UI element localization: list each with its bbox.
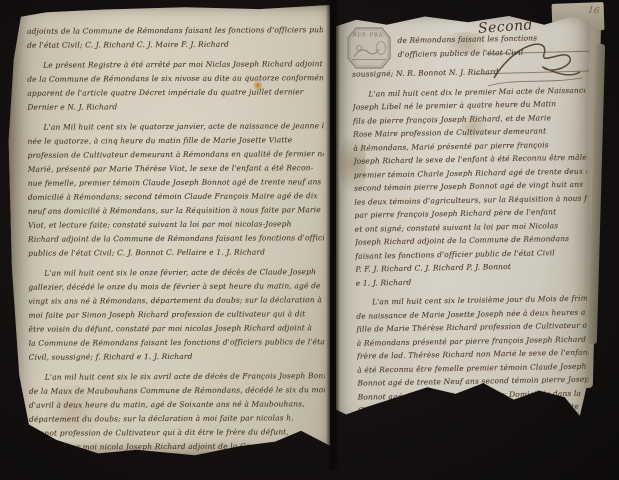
manuscript-line: publics de l'état Civil; C. J. Bonnot C.… — [28, 245, 324, 261]
manuscript-line: Commune de Rémondans sur la Réquisition … — [358, 400, 590, 418]
manuscript-line: de l'état Civil; C. J. Richard C. J. Mai… — [27, 37, 323, 53]
manuscript-line: Marié, présenté par Marie Thérèse Viot, … — [28, 161, 324, 177]
manuscript-line: de la Commune de Rémondans le six nivose… — [27, 71, 323, 87]
manuscript-line: apparent de l'article quatre Décret impé… — [27, 85, 323, 101]
right-page: REP. FRA. Second de Rémondans faisant le… — [336, 14, 590, 426]
manuscript-line: département du doubs; sur la déclaration… — [29, 411, 325, 427]
signature-flourish-icon — [486, 34, 586, 92]
manuscript-line: d'avril à deux heure du matin, agé de So… — [29, 397, 325, 413]
manuscript-line: Le présent Registre à été arrêté par moi… — [27, 57, 323, 73]
manuscript-paragraph: L'an mil huit cent six le onze février, … — [28, 265, 325, 365]
manuscript-line: moi faite par Simon Joseph Richard profe… — [28, 307, 324, 323]
folio-number-mark: 16 — [587, 5, 600, 16]
stamp-text: REP. FRA. — [353, 33, 385, 39]
manuscript-line: domicilié à Rémondans; second témoin Cla… — [28, 189, 324, 205]
manuscript-paragraph: L'an mil huit cent six le troisième jour… — [356, 292, 590, 418]
manuscript-line: gallezier, décédé le onze du mois de fév… — [28, 279, 324, 295]
book-spine-shadow — [326, 0, 340, 470]
manuscript-line: la Commune de Rémondans faisant les fonc… — [29, 335, 325, 351]
manuscript-line: adjoints de la Commune de Rémondans fais… — [27, 23, 323, 39]
manuscript-paragraph: L'an Mil huit cent six le quatorze janvi… — [27, 119, 324, 261]
manuscript-line: L'an mil huit cent six le onze février, … — [28, 265, 324, 281]
manuscript-line: nue femelle, premier témoin Claude Josep… — [28, 175, 324, 191]
manuscript-line: L'an Mil huit cent six le quatorze janvi… — [27, 119, 323, 135]
scanned-register-photo: 16 adjoints de la Commune de Rémondans f… — [0, 0, 619, 480]
manuscript-paragraph: L'an mil huit cent six le six avril acte… — [29, 369, 325, 455]
left-page-text: adjoints de la Commune de Rémondans fais… — [8, 5, 330, 455]
manuscript-line: neuf ans domicilié à Rémondans, sur la R… — [28, 203, 324, 219]
manuscript-paragraph: Le présent Registre à été arrêté par moi… — [27, 57, 323, 115]
manuscript-line: Dernier e N. J. Richard — [27, 99, 323, 115]
manuscript-line: née le quatorze, à cinq heure du matin f… — [28, 133, 324, 149]
manuscript-paragraph: adjoints de la Commune de Rémondans fais… — [27, 23, 323, 53]
manuscript-line: être voisin du défunt, constaté par moi … — [28, 321, 324, 337]
left-page: adjoints de la Commune de Rémondans fais… — [8, 5, 330, 457]
manuscript-line: Richard adjoint de la Commune de Rémonda… — [28, 231, 324, 247]
manuscript-line: Civil, soussigné; f. Richard e 1. J. Ric… — [29, 349, 325, 365]
manuscript-line: profession de Cultivateur demeurant à Ré… — [28, 147, 324, 163]
manuscript-line: de la Maux de Maubouhans Commune de Rémo… — [29, 383, 325, 399]
manuscript-paragraph: L'an mil huit cent dix le premier Mai ac… — [352, 83, 588, 290]
manuscript-line: Constaté par moi nicola Joseph Richard a… — [29, 439, 325, 455]
manuscript-line: vingt six ans né à Rémondans, départemen… — [28, 293, 324, 309]
manuscript-line: Viot, et lecture faite; constaté suivant… — [28, 217, 324, 233]
manuscript-line: L'an mil huit cent six le six avril acte… — [29, 369, 325, 385]
revenue-stamp-icon: REP. FRA. — [346, 26, 392, 70]
manuscript-line: Bonnot profession de Cultivateur qui à d… — [29, 425, 325, 441]
